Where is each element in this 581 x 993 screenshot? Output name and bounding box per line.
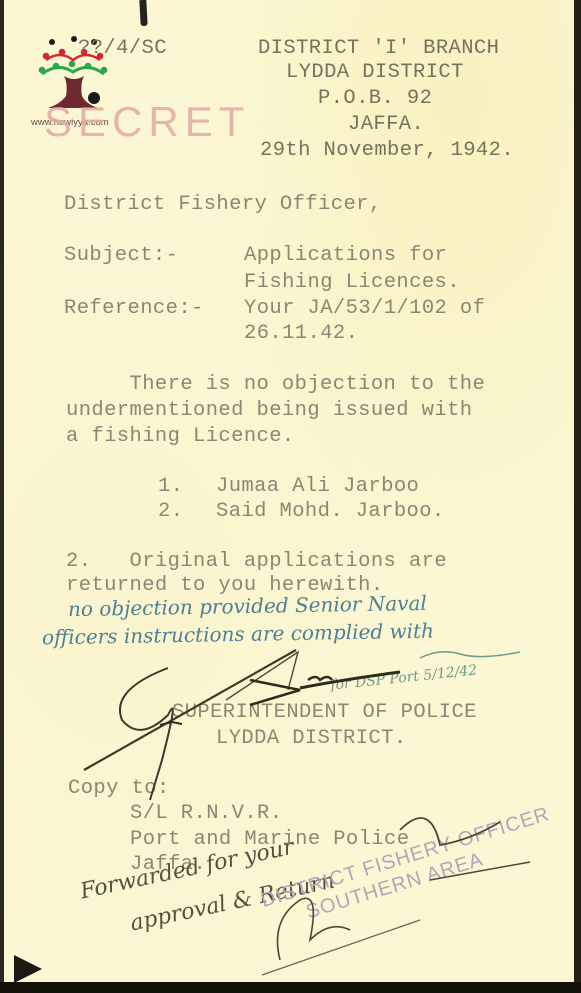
- subject-line1: Applications for: [244, 243, 447, 269]
- scan-edge-left: [0, 0, 4, 993]
- handwritten-note-line2: officers instructions are complied with: [42, 619, 434, 650]
- handwritten-note-line1: no objection provided Senior Naval: [68, 591, 427, 621]
- fishery-officer-stamp: DISTRICT FISHERY OFFICER SOUTHERN AREA: [258, 802, 560, 936]
- scan-edge-right: [574, 0, 581, 993]
- letterhead-line2: LYDDA DISTRICT: [286, 60, 464, 86]
- subject-line2: Fishing Licences.: [244, 270, 460, 296]
- list-item-number: 1.: [158, 474, 183, 500]
- scan-edge-bottom: [0, 982, 581, 993]
- list-item-number: 2.: [158, 499, 183, 525]
- body-line2: undermentioned being issued with: [66, 398, 472, 424]
- reference-line1: Your JA/53/1/102 of: [244, 296, 485, 322]
- letterhead-line1: DISTRICT 'I' BRANCH: [258, 36, 499, 62]
- copy-to-label: Copy to:: [68, 776, 170, 802]
- paper-tear-top: [139, 0, 147, 26]
- subject-label: Subject:-: [64, 243, 178, 269]
- copy-to-line1: S/L R.N.V.R.: [130, 801, 282, 827]
- body-line3: a fishing Licence.: [66, 424, 295, 450]
- signature-title-line1: SUPERINTENDENT OF POLICE: [172, 700, 477, 726]
- paper-tear-bottom-left: [14, 955, 42, 983]
- list-item-name: Jumaa Ali Jarboo: [216, 474, 419, 500]
- list-item-name: Said Mohd. Jarboo.: [216, 499, 445, 525]
- body-line1: There is no objection to the: [66, 372, 485, 398]
- reference-line2: 26.11.42.: [244, 321, 358, 347]
- addressee: District Fishery Officer,: [64, 192, 382, 218]
- paragraph2-line1: 2. Original applications are: [66, 549, 447, 575]
- reference-number: ??/4/SC: [78, 36, 167, 62]
- document-page: www.howiyya.com ??/4/SC SECRET DISTRICT …: [0, 0, 574, 982]
- letterhead-line3: P.O.B. 92: [318, 86, 432, 112]
- letter-date: 29th November, 1942.: [260, 138, 514, 164]
- secret-stamp: SECRET: [44, 98, 250, 146]
- letterhead-line4: JAFFA.: [348, 112, 424, 138]
- reference-label: Reference:-: [64, 296, 204, 322]
- handwritten-initials: for DSP Port 5/12/42: [330, 662, 478, 693]
- signature-title-line2: LYDDA DISTRICT.: [216, 726, 407, 752]
